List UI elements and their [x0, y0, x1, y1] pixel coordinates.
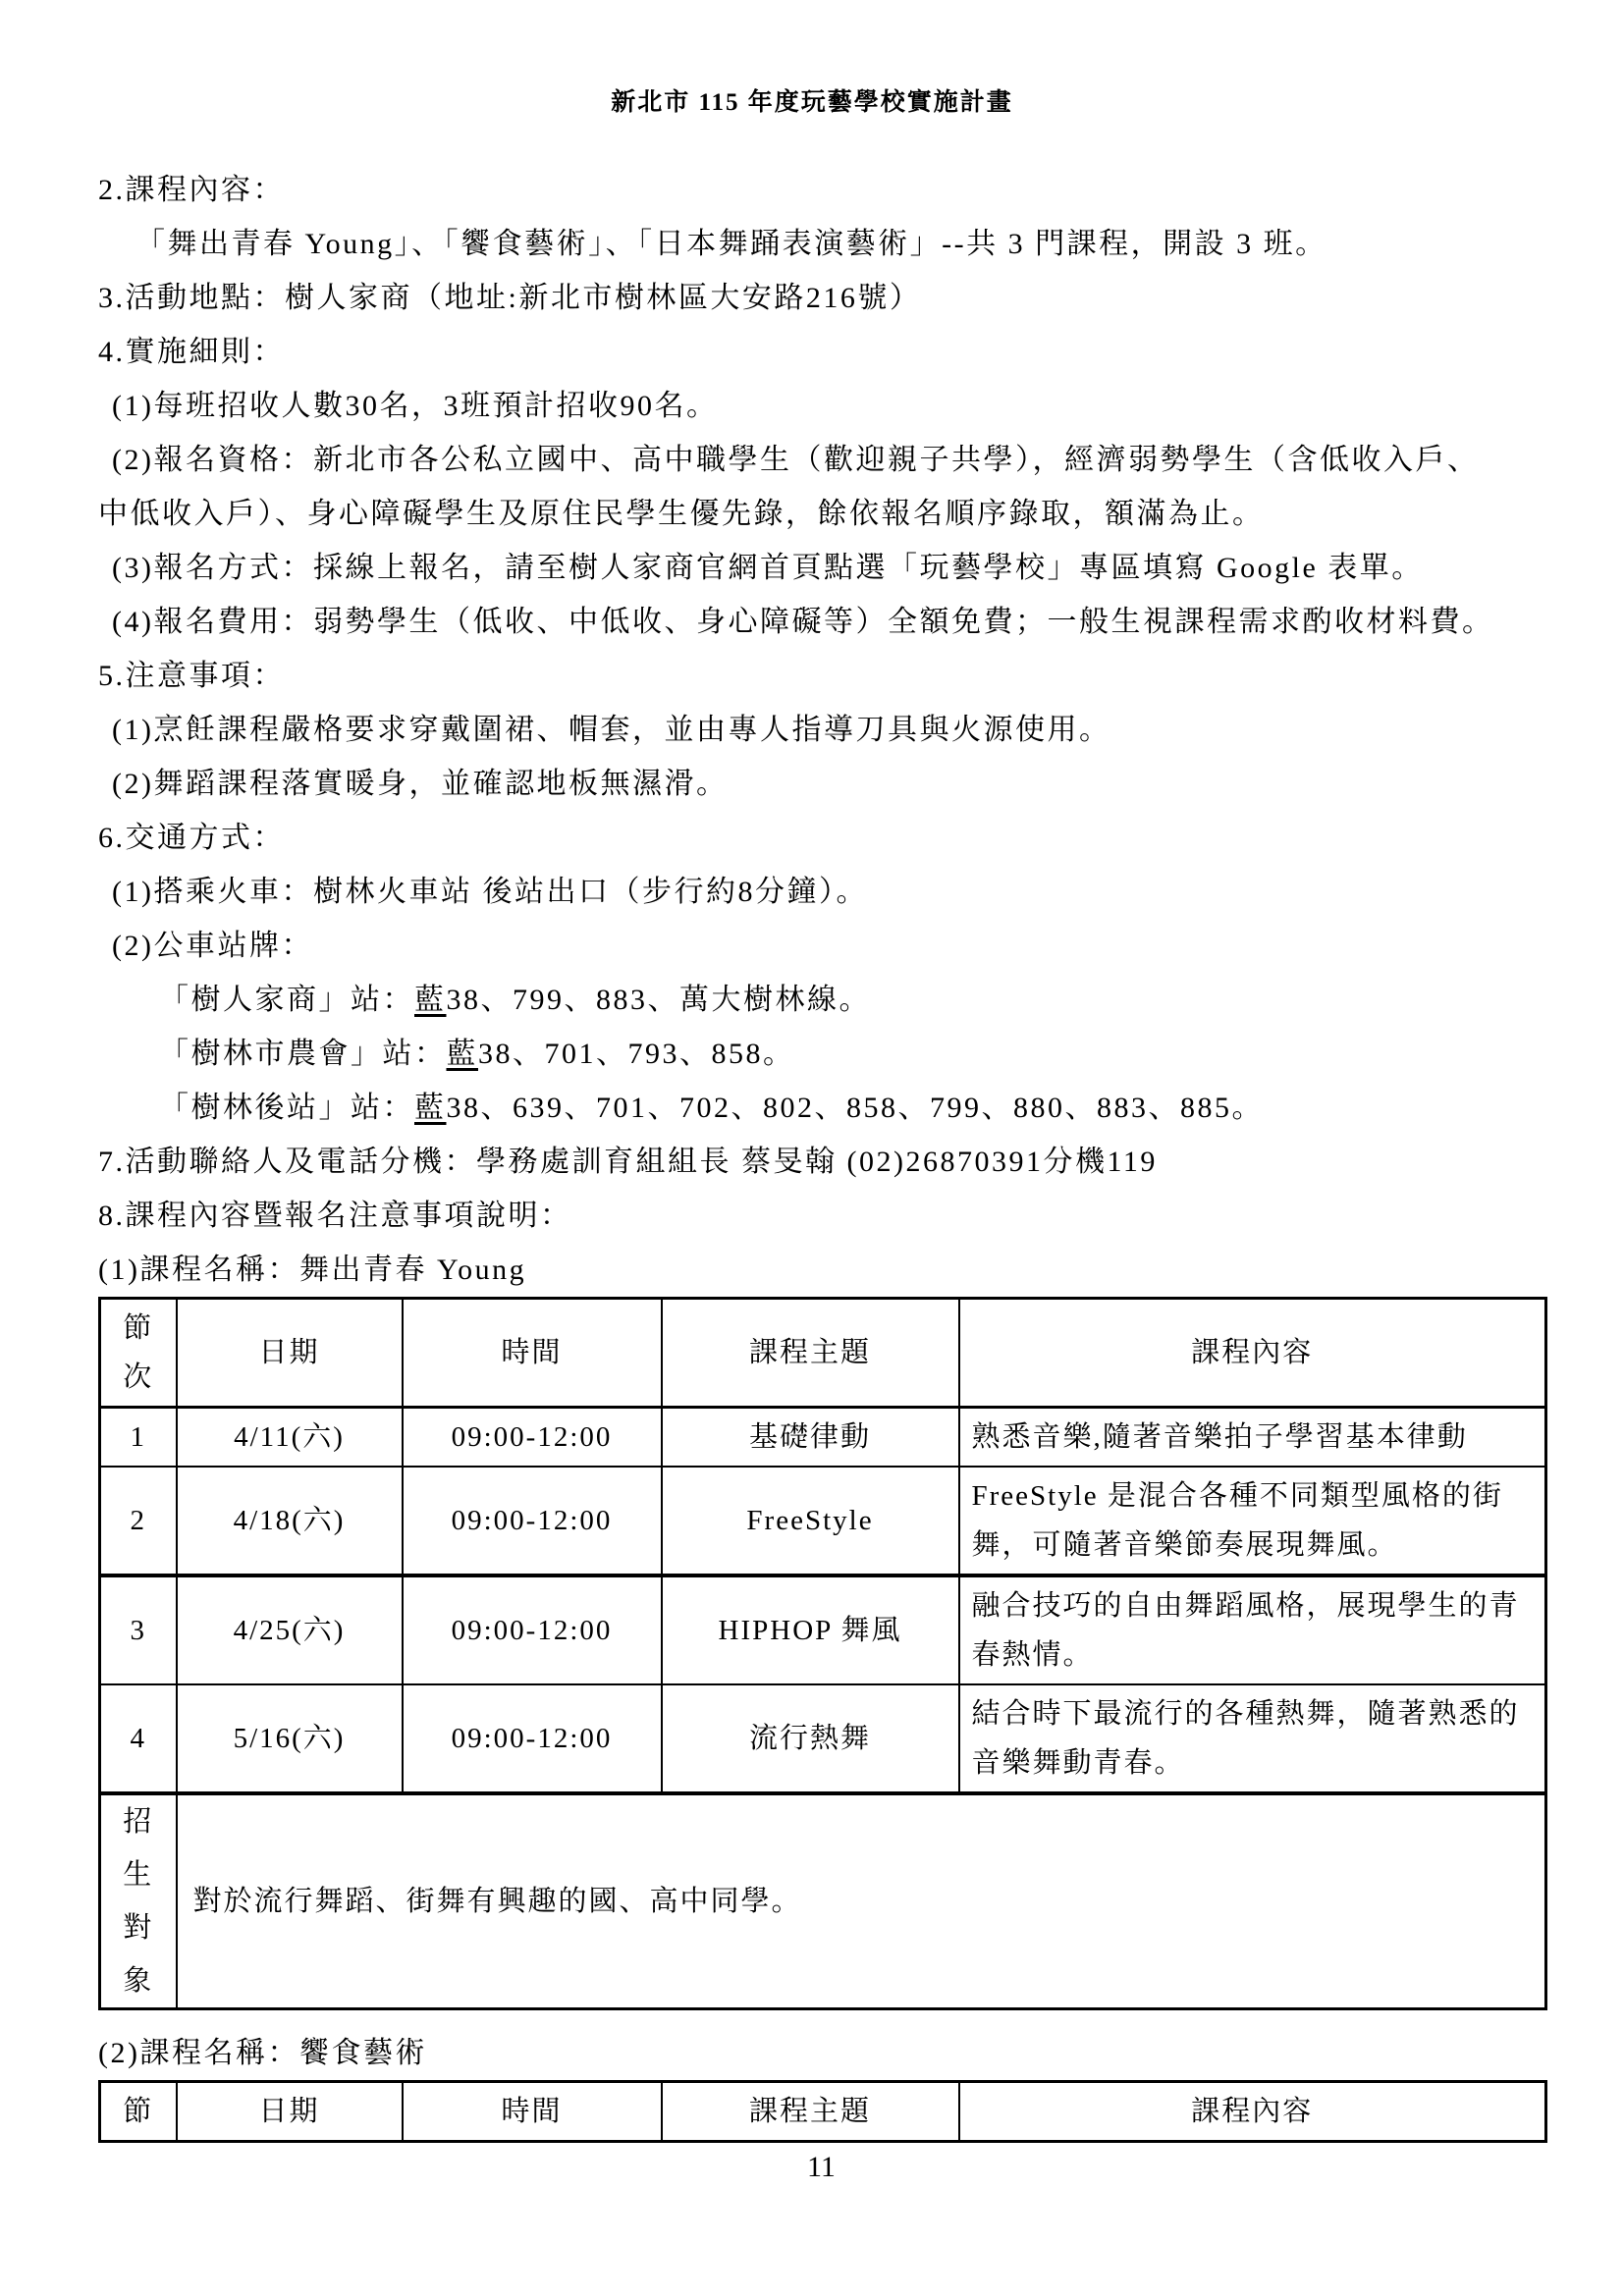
- paragraph-list: 2.課程內容：「舞出青春 Young」、「饗食藝術」、「日本舞踊表演藝術」--共…: [98, 163, 1555, 1243]
- course-row: 45/16(六)09:00-12:00流行熱舞結合時下最流行的各種熱舞，隨著熟悉…: [100, 1684, 1546, 1793]
- table1-header: 節 次日期時間課程主題課程內容: [100, 1299, 1546, 1408]
- paragraph: 8.課程內容暨報名注意事項說明：: [98, 1189, 1555, 1243]
- column-header: 節: [100, 2082, 177, 2142]
- paragraph: (1)每班招收人數30名，3班預計招收90名。: [98, 379, 1555, 433]
- table-cell: 基礎律動: [662, 1408, 959, 1468]
- table-cell: FreeStyle 是混合各種不同類型風格的街舞，可隨著音樂節奏展現舞風。: [959, 1467, 1546, 1575]
- course-row: 34/25(六)09:00-12:00HIPHOP 舞風融合技巧的自由舞蹈風格，…: [100, 1575, 1546, 1684]
- text-run: 38、701、793、858。: [478, 1038, 795, 1070]
- paragraph: 7.活動聯絡人及電話分機：學務處訓育組組長 蔡旻翰 (02)26870391分機…: [98, 1135, 1555, 1189]
- table-cell: 熟悉音樂,隨著音樂拍子學習基本律動: [959, 1408, 1546, 1468]
- course-row: 24/18(六)09:00-12:00FreeStyleFreeStyle 是混…: [100, 1467, 1546, 1575]
- table-cell: 4/18(六): [177, 1467, 403, 1575]
- paragraph: (4)報名費用：弱勢學生（低收、中低收、身心障礙等）全額免費；一般生視課程需求酌…: [98, 595, 1555, 649]
- text-run: 38、799、883、萬大樹林線。: [447, 984, 872, 1016]
- text-run: 「樹林後站」站：: [159, 1092, 414, 1124]
- audience-label: 招 生 對 象: [100, 1793, 177, 2009]
- table-cell: 2: [100, 1467, 177, 1575]
- text-run: 6.交通方式：: [98, 822, 285, 854]
- paragraph: (2)報名資格：新北市各公私立國中、高中職學生（歡迎親子共學），經濟弱勢學生（含…: [98, 433, 1555, 487]
- table1-body: 14/11(六)09:00-12:00基礎律動熟悉音樂,隨著音樂拍子學習基本律動…: [100, 1408, 1546, 2009]
- paragraph: (2)公車站牌：: [98, 919, 1555, 973]
- text-run: 7.活動聯絡人及電話分機：學務處訓育組組長 蔡旻翰 (02)26870391分機…: [98, 1146, 1158, 1178]
- text-run: 2.課程內容：: [98, 174, 285, 206]
- text-run: (1)搭乘火車：樹林火車站 後站出口（步行約8分鐘）。: [112, 876, 868, 908]
- text-run: 「舞出青春 Young」、「饗食藝術」、「日本舞踊表演藝術」--共 3 門課程，…: [135, 228, 1327, 260]
- text-run: (3)報名方式：採線上報名，請至樹人家商官網首頁點選「玩藝學校」專區填寫 Goo…: [112, 552, 1424, 584]
- text-run: 「樹人家商」站：: [159, 984, 414, 1016]
- text-run: 38、639、701、702、802、858、799、880、883、885。: [447, 1092, 1265, 1124]
- column-header: 時間: [403, 1299, 662, 1408]
- table-cell: FreeStyle: [662, 1467, 959, 1575]
- column-header: 日期: [177, 2082, 403, 2142]
- paragraph: 4.實施細則：: [98, 325, 1555, 379]
- paragraph: 「樹人家商」站：藍38、799、883、萬大樹林線。: [98, 973, 1555, 1027]
- page-number: 11: [98, 2151, 1544, 2184]
- paragraph: (1)搭乘火車：樹林火車站 後站出口（步行約8分鐘）。: [98, 865, 1555, 919]
- text-run: 3.活動地點：樹人家商（地址:新北市樹林區大安路216號）: [98, 282, 921, 314]
- column-header: 節 次: [100, 1299, 177, 1408]
- audience-row: 招 生 對 象對於流行舞蹈、街舞有興趣的國、高中同學。: [100, 1793, 1546, 2009]
- column-header: 時間: [403, 2082, 662, 2142]
- text-run: 「樹林市農會」站：: [159, 1038, 447, 1070]
- paragraph: 6.交通方式：: [98, 811, 1555, 865]
- table-cell: 1: [100, 1408, 177, 1468]
- table-cell: 融合技巧的自由舞蹈風格，展現學生的青春熱情。: [959, 1575, 1546, 1684]
- paragraph: 「樹林市農會」站：藍38、701、793、858。: [98, 1027, 1555, 1081]
- table-cell: 結合時下最流行的各種熱舞，隨著熟悉的音樂舞動青春。: [959, 1684, 1546, 1793]
- table-cell: 流行熱舞: [662, 1684, 959, 1793]
- paragraph: 中低收入戶）、身心障礙學生及原住民學生優先錄，餘依報名順序錄取，額滿為止。: [98, 487, 1555, 541]
- text-run: 4.實施細則：: [98, 336, 285, 368]
- table-header-row: 節日期時間課程主題課程內容: [100, 2082, 1546, 2142]
- column-header: 課程主題: [662, 1299, 959, 1408]
- text-run: 8.課程內容暨報名注意事項說明：: [98, 1200, 572, 1232]
- document-header-title: 新北市 115 年度玩藝學校實施計畫: [0, 0, 1624, 120]
- text-run: (1)烹飪課程嚴格要求穿戴圍裙、帽套，並由專人指導刀具與火源使用。: [112, 714, 1110, 746]
- table-cell: 4: [100, 1684, 177, 1793]
- table-cell: 09:00-12:00: [403, 1467, 662, 1575]
- underlined-text: 藍: [414, 1092, 447, 1124]
- underlined-text: 藍: [447, 1038, 479, 1070]
- column-header: 日期: [177, 1299, 403, 1408]
- course-table-dance: 節 次日期時間課程主題課程內容 14/11(六)09:00-12:00基礎律動熟…: [98, 1297, 1547, 2010]
- table-cell: 09:00-12:00: [403, 1408, 662, 1468]
- text-run: (4)報名費用：弱勢學生（低收、中低收、身心障礙等）全額免費；一般生視課程需求酌…: [112, 606, 1493, 638]
- underlined-text: 藍: [414, 984, 447, 1016]
- table-cell: 3: [100, 1575, 177, 1684]
- column-header: 課程內容: [959, 2082, 1546, 2142]
- course-table-food: 節日期時間課程主題課程內容: [98, 2080, 1547, 2143]
- text-run: 5.注意事項：: [98, 660, 285, 692]
- table2-header: 節日期時間課程主題課程內容: [100, 2082, 1546, 2142]
- course-row: 14/11(六)09:00-12:00基礎律動熟悉音樂,隨著音樂拍子學習基本律動: [100, 1408, 1546, 1468]
- table-cell: 5/16(六): [177, 1684, 403, 1793]
- table-cell: 09:00-12:00: [403, 1684, 662, 1793]
- paragraph: 2.課程內容：: [98, 163, 1555, 217]
- paragraph: 「樹林後站」站：藍38、639、701、702、802、858、799、880、…: [98, 1081, 1555, 1135]
- paragraph: (2)舞蹈課程落實暖身，並確認地板無濕滑。: [98, 757, 1555, 811]
- table-cell: 09:00-12:00: [403, 1575, 662, 1684]
- text-run: (2)報名資格：新北市各公私立國中、高中職學生（歡迎親子共學），經濟弱勢學生（含…: [112, 444, 1479, 476]
- table1-caption: (1)課程名稱：舞出青春 Young: [98, 1243, 1555, 1297]
- document-page: 新北市 115 年度玩藝學校實施計畫 2.課程內容：「舞出青春 Young」、「…: [0, 0, 1624, 2296]
- table-header-row: 節 次日期時間課程主題課程內容: [100, 1299, 1546, 1408]
- text-run: 中低收入戶）、身心障礙學生及原住民學生優先錄，餘依報名順序錄取，額滿為止。: [98, 498, 1265, 530]
- paragraph: 3.活動地點：樹人家商（地址:新北市樹林區大安路216號）: [98, 271, 1555, 325]
- paragraph: (3)報名方式：採線上報名，請至樹人家商官網首頁點選「玩藝學校」專區填寫 Goo…: [98, 541, 1555, 595]
- table-cell: 4/11(六): [177, 1408, 403, 1468]
- text-run: (1)每班招收人數30名，3班預計招收90名。: [112, 390, 718, 422]
- text-run: (2)公車站牌：: [112, 930, 313, 962]
- paragraph: 5.注意事項：: [98, 649, 1555, 703]
- table-cell: 4/25(六): [177, 1575, 403, 1684]
- text-run: (2)舞蹈課程落實暖身，並確認地板無濕滑。: [112, 768, 728, 800]
- document-body: 2.課程內容：「舞出青春 Young」、「饗食藝術」、「日本舞踊表演藝術」--共…: [98, 163, 1555, 2184]
- column-header: 課程內容: [959, 1299, 1546, 1408]
- column-header: 課程主題: [662, 2082, 959, 2142]
- paragraph: (1)烹飪課程嚴格要求穿戴圍裙、帽套，並由專人指導刀具與火源使用。: [98, 703, 1555, 757]
- table2-caption: (2)課程名稱：饗食藝術: [98, 2026, 1555, 2080]
- audience-text: 對於流行舞蹈、街舞有興趣的國、高中同學。: [177, 1793, 1546, 2009]
- table-cell: HIPHOP 舞風: [662, 1575, 959, 1684]
- paragraph: 「舞出青春 Young」、「饗食藝術」、「日本舞踊表演藝術」--共 3 門課程，…: [98, 217, 1555, 271]
